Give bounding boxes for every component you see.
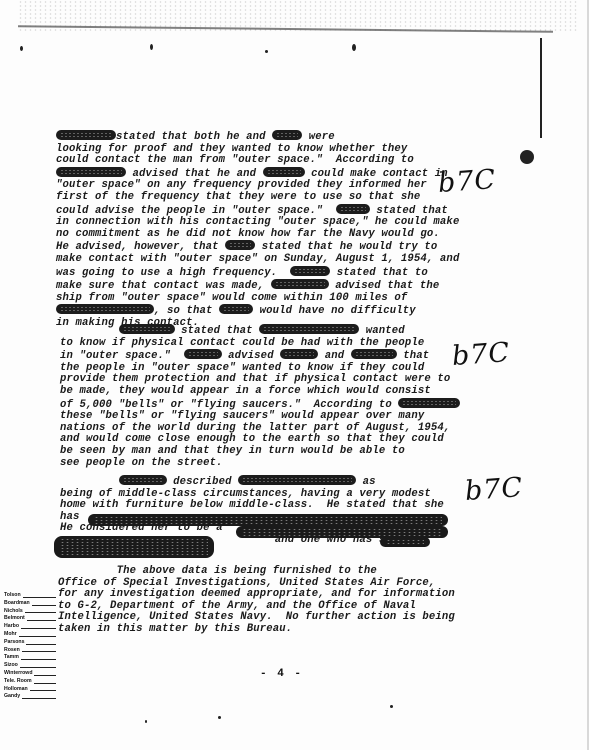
line-text: were (302, 131, 335, 143)
routing-initial-line (20, 667, 56, 668)
line-text: nations of the world during the latter p… (60, 422, 450, 434)
line-text: home with furniture below middle-class. … (60, 499, 444, 511)
routing-entry: Gandy (4, 693, 56, 701)
routing-name: Tamm (4, 654, 19, 662)
handwritten-exemption-b7c: b7C (451, 337, 511, 372)
line-text: stated that (370, 205, 448, 217)
line-text: stated that he would try to (255, 241, 437, 253)
line-text: stated that both he and (116, 131, 272, 143)
line-text: advised (222, 350, 281, 362)
line-text: looking for proof and they wanted to kno… (56, 143, 407, 155)
routing-entry: Holloman (4, 686, 56, 694)
scan-speck (520, 150, 534, 164)
line-text: first of the frequency that they were to… (56, 191, 420, 203)
line-text: stated that to (330, 267, 428, 279)
line-text: in connection with his contacting "outer… (56, 216, 459, 228)
redaction-mark (56, 130, 116, 140)
redaction-mark (119, 475, 167, 485)
redaction-mark (280, 349, 318, 359)
scanned-document-page: stated that both he and werelooking for … (0, 0, 589, 750)
routing-initial-line (25, 612, 56, 613)
line-text: , so that (154, 305, 219, 317)
redaction-mark (351, 349, 397, 359)
text-line: see people on the street. (60, 458, 460, 470)
redaction-mark (336, 204, 370, 214)
line-text: the people in "outer space" wanted to kn… (60, 362, 424, 374)
text-line: stated that wanted (60, 324, 460, 338)
redaction-mark (259, 324, 359, 334)
text-line: first of the frequency that they were to… (56, 192, 459, 204)
redaction-mark (56, 167, 126, 177)
routing-entry: Nichols (4, 608, 56, 616)
scan-speck (352, 44, 356, 51)
line-text: these "bells" or "flying saucers" would … (60, 410, 424, 422)
line-text: make contact with "outer space" on Sunda… (56, 253, 459, 265)
text-line: , so that would have no difficulty (56, 304, 459, 318)
line-text: was going to use a high frequency. (56, 267, 290, 279)
text-line: no commitment as he did not know how far… (56, 229, 459, 241)
line-text: could contact the man from "outer space.… (56, 154, 414, 166)
routing-initial-line (27, 620, 56, 621)
line-text: to know if physical contact could be had… (60, 337, 424, 349)
redaction-mark (238, 475, 356, 485)
routing-initial-line (26, 644, 56, 645)
redaction-mark (271, 279, 329, 289)
text-line: home with furniture below middle-class. … (60, 500, 444, 512)
routing-initial-line (21, 659, 56, 660)
routing-entry: Boardman (4, 600, 56, 608)
routing-initial-line (34, 683, 56, 684)
text-line: of 5,000 "bells" or "flying saucers." Ac… (60, 398, 460, 412)
line-text: be seen by man and that they in turn wou… (60, 445, 405, 457)
text-line: in "outer space." advised and that (60, 349, 460, 363)
scan-speck (390, 705, 393, 708)
routing-name: Belmont (4, 615, 25, 623)
margin-rule (540, 38, 542, 138)
routing-entry: Winterrowd (4, 670, 56, 678)
handwritten-exemption-b7c: b7C (464, 472, 524, 507)
routing-initial-line (30, 690, 56, 691)
redaction-mark (225, 240, 255, 250)
text-line: described as (60, 475, 444, 489)
text-line: He advised, however, that stated that he… (56, 240, 459, 254)
routing-name: Holloman (4, 686, 28, 694)
scan-speck (218, 716, 221, 719)
line-text: and would come close enough to the earth… (60, 433, 444, 445)
line-text: that (397, 350, 430, 362)
text-line: was going to use a high frequency. state… (56, 266, 459, 280)
line-text: could advise the people in "outer space.… (56, 205, 336, 217)
routing-name: Rosen (4, 647, 20, 655)
redaction-mark (263, 167, 305, 177)
line-text: as (356, 476, 376, 488)
line-text: and (318, 350, 351, 362)
routing-entry: Rosen (4, 647, 56, 655)
line-text: could make contact in (305, 168, 448, 180)
redaction-mark (56, 304, 154, 314)
line-text: in "outer space." (60, 350, 184, 362)
routing-name: Harbo (4, 623, 19, 631)
redaction-mark (119, 324, 175, 334)
line-text (60, 476, 119, 488)
redaction-block (54, 536, 214, 558)
routing-initial-line (22, 698, 56, 699)
line-text: would have no difficulty (253, 305, 416, 317)
redaction-mark (219, 304, 253, 314)
line-text: make sure that contact was made, (56, 280, 271, 292)
routing-initial-line (22, 651, 56, 652)
handwritten-exemption-b7c: b7C (437, 164, 497, 199)
routing-initial-line (32, 605, 56, 606)
line-text: He advised, however, that (56, 241, 225, 253)
routing-list: TolsonBoardmanNicholsBelmontHarboMohrPar… (4, 592, 56, 701)
text-line: make contact with "outer space" on Sunda… (56, 254, 459, 266)
routing-initial-line (21, 628, 56, 629)
text-line: to know if physical contact could be had… (60, 338, 460, 350)
text-line: taken in this matter by this Bureau. (58, 624, 455, 636)
routing-entry: Tamm (4, 654, 56, 662)
routing-entry: Mohr (4, 631, 56, 639)
redaction-mark (290, 266, 330, 276)
line-text: of 5,000 "bells" or "flying saucers." Ac… (60, 399, 398, 411)
scan-speck (150, 44, 153, 50)
line-text: provide them protection and that if phys… (60, 373, 450, 385)
routing-name: Sizoo (4, 662, 18, 670)
redaction-block (88, 514, 448, 526)
routing-name: Mohr (4, 631, 17, 639)
routing-entry: Belmont (4, 615, 56, 623)
routing-name: Tolson (4, 592, 21, 600)
text-line: stated that both he and were (56, 130, 459, 144)
routing-name: Winterrowd (4, 670, 32, 678)
line-text: "outer space" on any frequency provided … (56, 179, 427, 191)
line-text: ship from "outer space" would come withi… (56, 292, 407, 304)
paragraph-physical-contact: stated that wantedto know if physical co… (60, 324, 460, 469)
routing-name: Boardman (4, 600, 30, 608)
line-text: see people on the street. (60, 457, 223, 469)
text-line: The above data is being furnished to the (58, 566, 455, 578)
text-line: could advise the people in "outer space.… (56, 204, 459, 218)
routing-name: Gandy (4, 693, 20, 701)
text-line: could contact the man from "outer space.… (56, 155, 459, 167)
routing-entry: Sizoo (4, 662, 56, 670)
redaction-mark (272, 130, 302, 140)
line-text: advised that the (329, 280, 440, 292)
routing-initial-line (23, 597, 56, 598)
routing-entry: Harbo (4, 623, 56, 631)
line-text: has (60, 511, 86, 523)
line-text: described (167, 476, 239, 488)
routing-entry: Parsons (4, 639, 56, 647)
routing-initial-line (34, 675, 56, 676)
redaction-mark (398, 398, 460, 408)
scan-speck (20, 46, 23, 51)
text-line: be made, they would appear in a force wh… (60, 386, 460, 398)
text-line: make sure that contact was made, advised… (56, 279, 459, 293)
line-text: be made, they would appear in a force wh… (60, 385, 431, 397)
paragraph-contact-outer-space: stated that both he and werelooking for … (56, 130, 459, 330)
line-text (60, 325, 119, 337)
redaction-mark (184, 349, 222, 359)
routing-name: Parsons (4, 639, 24, 647)
paragraph-dissemination: The above data is being furnished to the… (58, 566, 455, 636)
routing-entry: Tele. Room (4, 678, 56, 686)
line-text: wanted (359, 325, 405, 337)
scan-speck (265, 50, 268, 53)
routing-entry: Tolson (4, 592, 56, 600)
text-line: advised that he and could make contact i… (56, 167, 459, 181)
routing-initial-line (19, 636, 56, 637)
line-text: stated that (175, 325, 260, 337)
scan-speck (145, 720, 147, 723)
page-number: - 4 - (260, 668, 303, 680)
text-line: ship from "outer space" would come withi… (56, 293, 459, 305)
redaction-block (380, 537, 430, 547)
routing-name: Nichols (4, 608, 23, 616)
line-text: being of middle-class circumstances, hav… (60, 488, 431, 500)
line-text: no commitment as he did not know how far… (56, 228, 440, 240)
line-text: advised that he and (126, 168, 263, 180)
routing-name: Tele. Room (4, 678, 32, 686)
